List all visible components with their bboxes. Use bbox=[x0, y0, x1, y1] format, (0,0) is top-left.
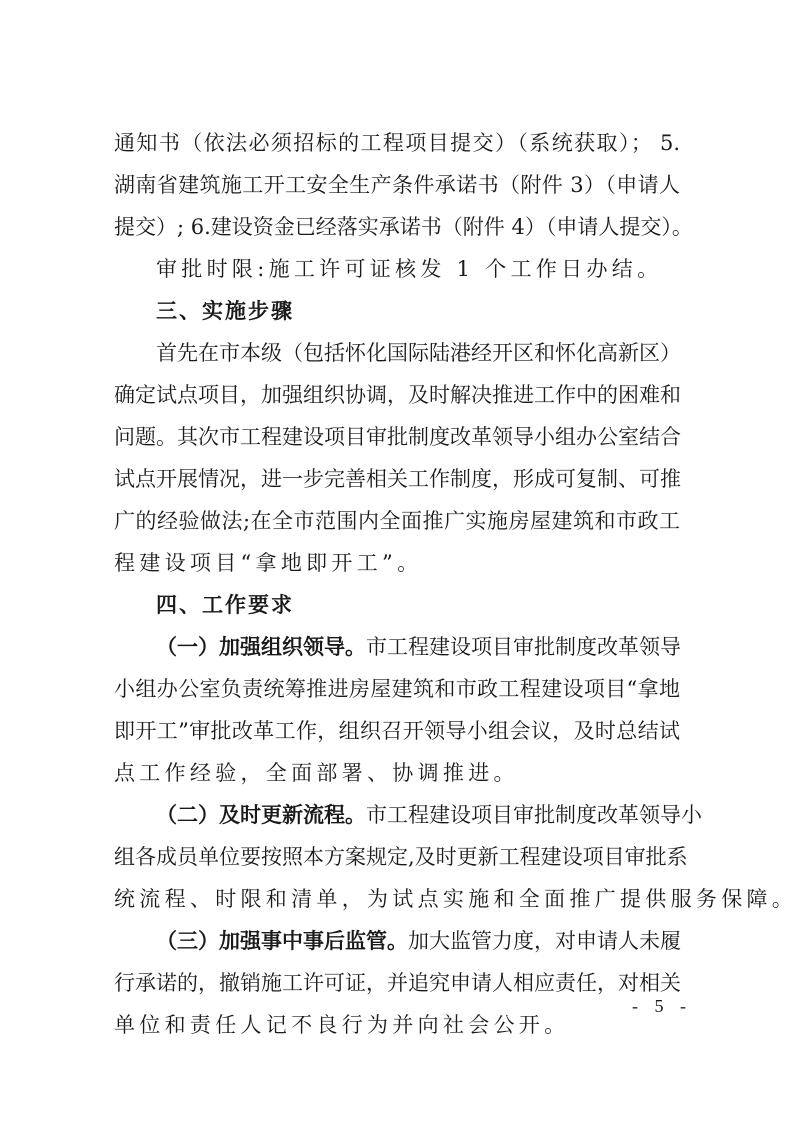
body-line: 组各成员单位要按照本方案规定,及时更新工程建设项目审批系 bbox=[114, 836, 680, 878]
body-line: 湖南省建筑施工开工安全生产条件承诺书（附件 3）（申请人 bbox=[114, 164, 680, 206]
body-line: 首先在市本级（包括怀化国际陆港经开区和怀化高新区） bbox=[114, 332, 680, 374]
time-limit-line: 审批时限:施工许可证核发 1 个工作日办结。 bbox=[114, 248, 680, 290]
item-2-lead: （二）及时更新流程。 bbox=[156, 803, 366, 827]
body-line: 小组办公室负责统筹推进房屋建筑和市政工程建设项目“拿地 bbox=[114, 668, 680, 710]
item-3-text: 加大监管力度，对申请人未履 bbox=[408, 929, 681, 953]
body-line: 单位和责任人记不良行为并向社会公开。 bbox=[114, 1004, 680, 1046]
item-1-text: 市工程建设项目审批制度改革领导 bbox=[366, 635, 681, 659]
body-line: 试点开展情况，进一步完善相关工作制度，形成可复制、可推 bbox=[114, 458, 680, 500]
section-3-heading: 三、实施步骤 bbox=[114, 290, 680, 332]
body-line: 提交）; 6.建设资金已经落实承诺书（附件 4）（申请人提交）。 bbox=[114, 206, 680, 248]
body-line: 点工作经验，全面部署、协调推进。 bbox=[114, 752, 680, 794]
body-line: 行承诺的，撤销施工许可证，并追究申请人相应责任，对相关 bbox=[114, 962, 680, 1004]
section-4-heading: 四、工作要求 bbox=[114, 584, 680, 626]
page-number: - 5 - bbox=[632, 996, 692, 1017]
body-line: 即开工”审批改革工作，组织召开领导小组会议，及时总结试 bbox=[114, 710, 680, 752]
body-line: 程建设项目“拿地即开工”。 bbox=[114, 542, 680, 584]
body-line: 确定试点项目，加强组织协调，及时解决推进工作中的困难和 bbox=[114, 374, 680, 416]
item-2-first-line: （二）及时更新流程。市工程建设项目审批制度改革领导小 bbox=[114, 794, 680, 836]
item-1-lead: （一）加强组织领导。 bbox=[156, 635, 366, 659]
item-3-lead: （三）加强事中事后监管。 bbox=[156, 929, 408, 953]
body-line: 广的经验做法;在全市范围内全面推广实施房屋建筑和市政工 bbox=[114, 500, 680, 542]
body-line: 问题。其次市工程建设项目审批制度改革领导小组办公室结合 bbox=[114, 416, 680, 458]
item-2-text: 市工程建设项目审批制度改革领导小 bbox=[366, 803, 702, 827]
document-page: 通知书（依法必须招标的工程项目提交）（系统获取）； 5. 湖南省建筑施工开工安全… bbox=[114, 122, 680, 1046]
item-1-first-line: （一）加强组织领导。市工程建设项目审批制度改革领导 bbox=[114, 626, 680, 668]
body-line: 通知书（依法必须招标的工程项目提交）（系统获取）； 5. bbox=[114, 122, 680, 164]
item-3-first-line: （三）加强事中事后监管。加大监管力度，对申请人未履 bbox=[114, 920, 680, 962]
body-line: 统流程、时限和清单，为试点实施和全面推广提供服务保障。 bbox=[114, 878, 680, 920]
